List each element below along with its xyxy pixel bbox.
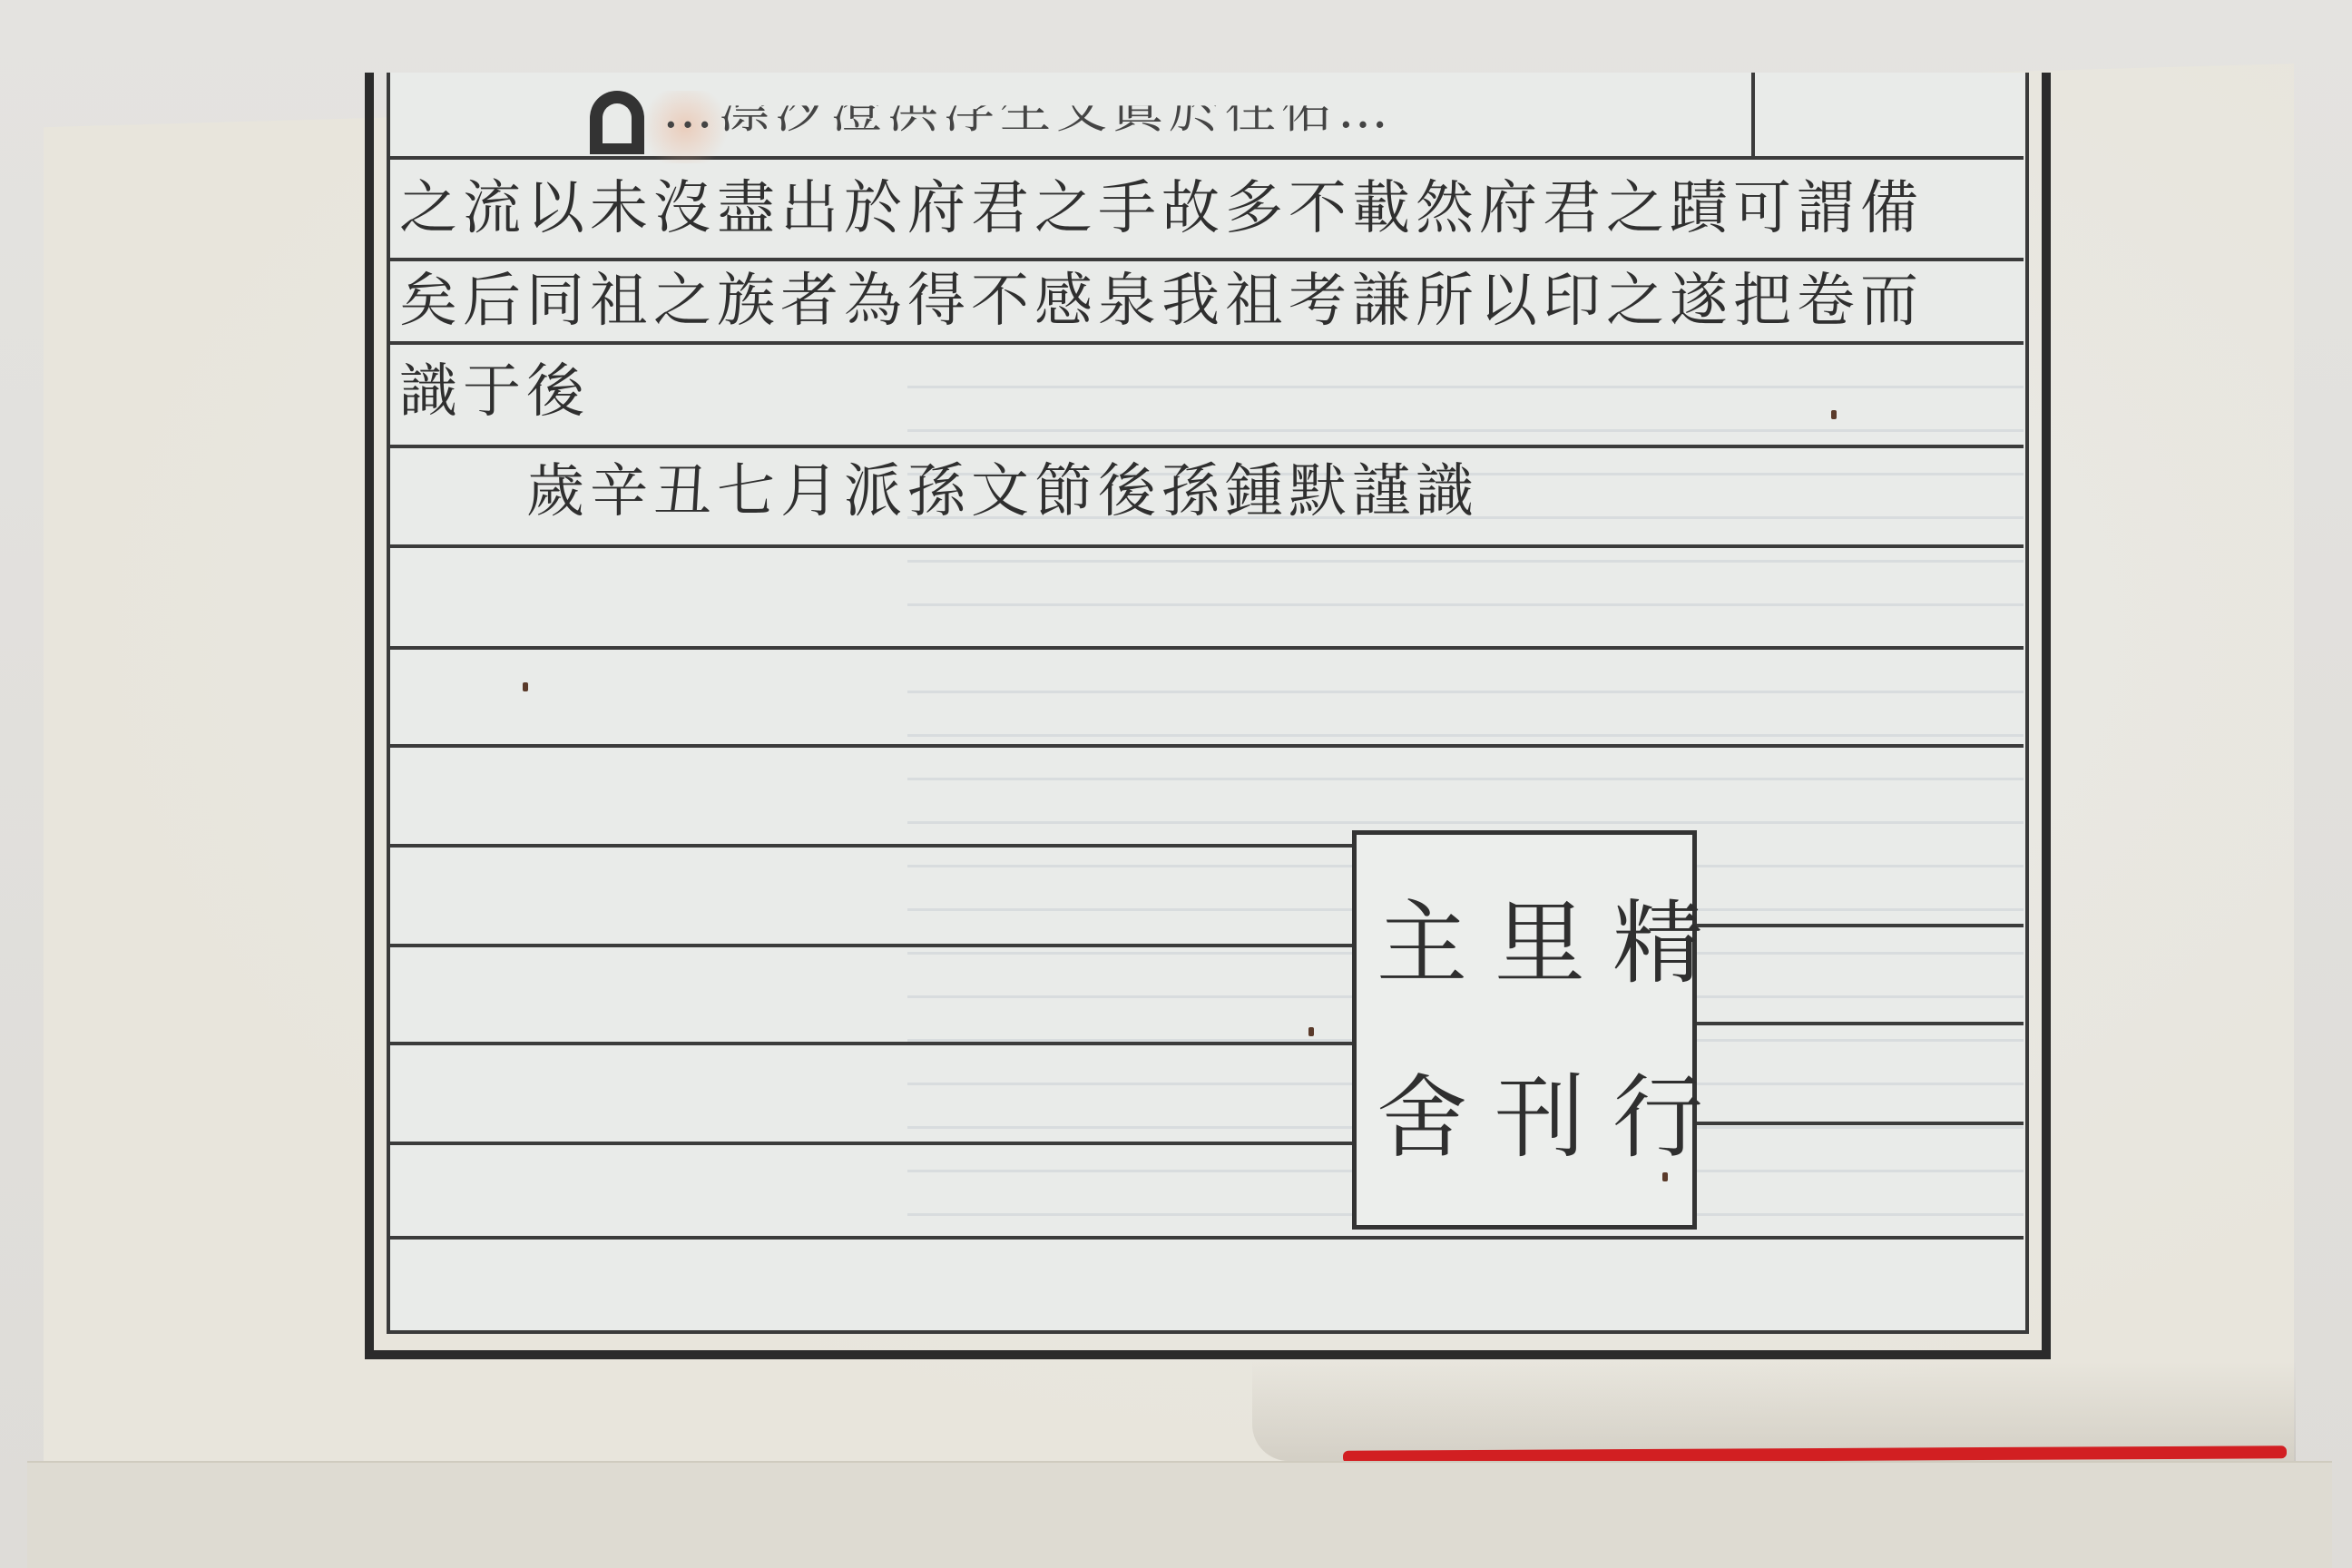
paper-speck <box>1831 410 1837 419</box>
section-divider <box>1751 73 1755 158</box>
column-rule <box>390 258 2024 261</box>
column-rule <box>390 744 2024 748</box>
column-rule <box>390 646 2024 650</box>
column-rule <box>390 944 1352 947</box>
text-line-3: 識于後 <box>399 363 590 421</box>
column-rule <box>1697 1022 2024 1025</box>
column-rule <box>390 1236 2024 1240</box>
underlying-page-edge <box>27 1461 2332 1568</box>
column-rule <box>390 445 2024 448</box>
text-line-4: 歲辛丑七月派孫文節後孫鍾默謹識 <box>526 463 1479 521</box>
column-rule <box>390 341 2024 345</box>
column-rule <box>390 1042 1352 1045</box>
publisher-imprint-box: 主里精 舍刊行 <box>1352 830 1697 1230</box>
column-rule <box>390 1142 1352 1145</box>
text-line-2: 矣后同祖之族者為得不感泉我祖考謙所以印之遂把卷而 <box>399 272 1924 330</box>
imprint-line-1: 主里精 <box>1377 898 1730 989</box>
column-rule <box>390 544 2024 548</box>
paper-speck <box>1308 1027 1314 1036</box>
text-line-1: 之流以未沒盡出於府君之手故多不載然府君之蹟可謂備 <box>399 180 1924 238</box>
column-rule <box>1697 924 2024 927</box>
paper-speck <box>523 682 528 691</box>
column-rule <box>1697 1122 2024 1125</box>
paper-speck <box>1662 1172 1668 1181</box>
imprint-line-2: 舍刊行 <box>1377 1073 1730 1163</box>
column-rule <box>390 844 1352 848</box>
